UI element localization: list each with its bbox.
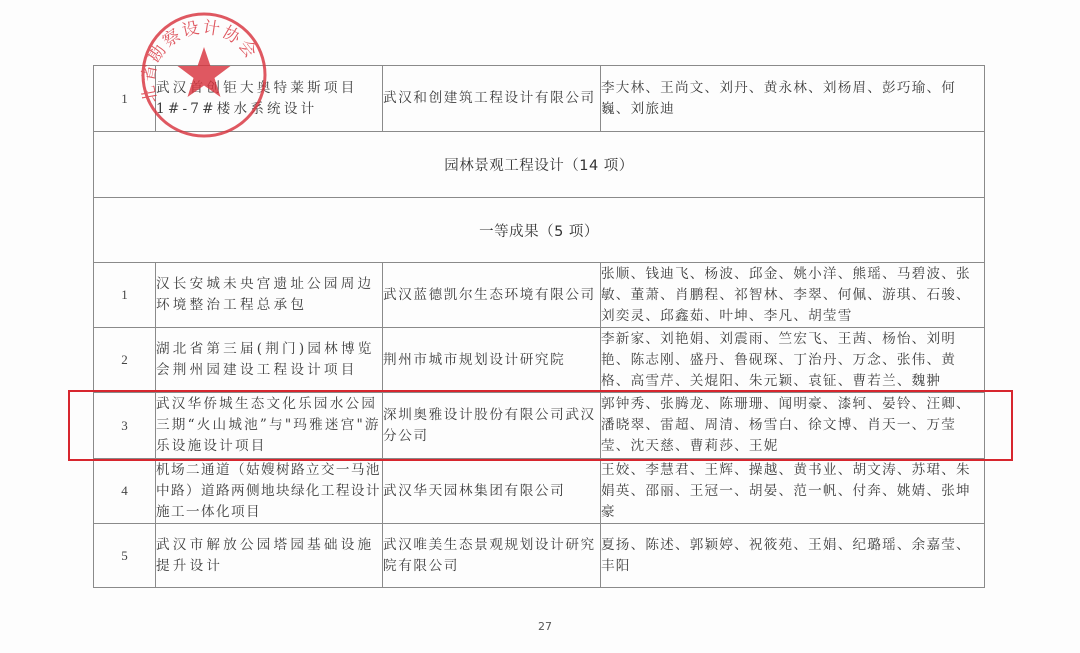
company-name: 武汉唯美生态景观规划设计研究院有限公司 [383,524,601,588]
table-row: 1 武汉首创钜大奥特莱斯项目1#-7#楼水系统设计 武汉和创建筑工程设计有限公司… [94,66,985,132]
row-index: 1 [94,263,156,328]
team-members: 张顺、钱迪飞、杨波、邱金、姚小洋、熊瑶、马碧波、张敏、董萧、肖鹏程、祁智林、李翠… [601,263,985,328]
company-name: 武汉蓝德凯尔生态环境有限公司 [383,263,601,328]
tier-header-row: 一等成果（5 项） [94,198,985,263]
page-number: 27 [538,620,552,633]
table-row: 1 汉长安城未央宫遗址公园周边环境整治工程总承包 武汉蓝德凯尔生态环境有限公司 … [94,263,985,328]
row-index: 3 [94,393,156,459]
project-name: 武汉华侨城生态文化乐园水公园三期“火山城池”与"玛雅迷宫"游乐设施设计项目 [156,393,383,459]
row-index: 5 [94,524,156,588]
company-name: 荆州市城市规划设计研究院 [383,328,601,393]
row-index: 1 [94,66,156,132]
project-name: 汉长安城未央宫遗址公园周边环境整治工程总承包 [156,263,383,328]
project-name: 武汉首创钜大奥特莱斯项目1#-7#楼水系统设计 [156,66,383,132]
company-name: 武汉和创建筑工程设计有限公司 [383,66,601,132]
company-name: 武汉华天园林集团有限公司 [383,459,601,524]
team-members: 李新家、刘艳娟、刘震雨、竺宏飞、王茜、杨怡、刘明艳、陈志刚、盛丹、鲁砚琛、丁治丹… [601,328,985,393]
team-members: 夏扬、陈述、郭颖婷、祝筱苑、王娟、纪璐瑶、余嘉莹、丰阳 [601,524,985,588]
table-row: 4 机场二通道（姑嫂树路立交一马池中路）道路两侧地块绿化工程设计施工一体化项目 … [94,459,985,524]
table-row: 5 武汉市解放公园塔园基础设施提升设计 武汉唯美生态景观规划设计研究院有限公司 … [94,524,985,588]
awards-table: 1 武汉首创钜大奥特莱斯项目1#-7#楼水系统设计 武汉和创建筑工程设计有限公司… [93,65,985,588]
project-name: 武汉市解放公园塔园基础设施提升设计 [156,524,383,588]
tier-header: 一等成果（5 项） [94,198,985,263]
project-name: 机场二通道（姑嫂树路立交一马池中路）道路两侧地块绿化工程设计施工一体化项目 [156,459,383,524]
team-members: 郭钟秀、张腾龙、陈珊珊、闻明豪、漆轲、晏铃、汪卿、潘晓翠、雷超、周清、杨雪白、徐… [601,393,985,459]
company-name: 深圳奥雅设计股份有限公司武汉分公司 [383,393,601,459]
document-page: 1 武汉首创钜大奥特莱斯项目1#-7#楼水系统设计 武汉和创建筑工程设计有限公司… [0,0,1080,653]
row-index: 4 [94,459,156,524]
category-header-row: 园林景观工程设计（14 项） [94,132,985,198]
category-header: 园林景观工程设计（14 项） [94,132,985,198]
table-row-highlighted: 3 武汉华侨城生态文化乐园水公园三期“火山城池”与"玛雅迷宫"游乐设施设计项目 … [94,393,985,459]
team-members: 王姣、李慧君、王辉、操越、黄书业、胡文涛、苏珺、朱娟英、邵丽、王冠一、胡晏、范一… [601,459,985,524]
table-row: 2 湖北省第三届(荆门)园林博览会荆州园建设工程设计项目 荆州市城市规划设计研究… [94,328,985,393]
team-members: 李大林、王尚文、刘丹、黄永林、刘杨眉、彭巧瑜、何巍、刘旅迪 [601,66,985,132]
row-index: 2 [94,328,156,393]
project-name: 湖北省第三届(荆门)园林博览会荆州园建设工程设计项目 [156,328,383,393]
